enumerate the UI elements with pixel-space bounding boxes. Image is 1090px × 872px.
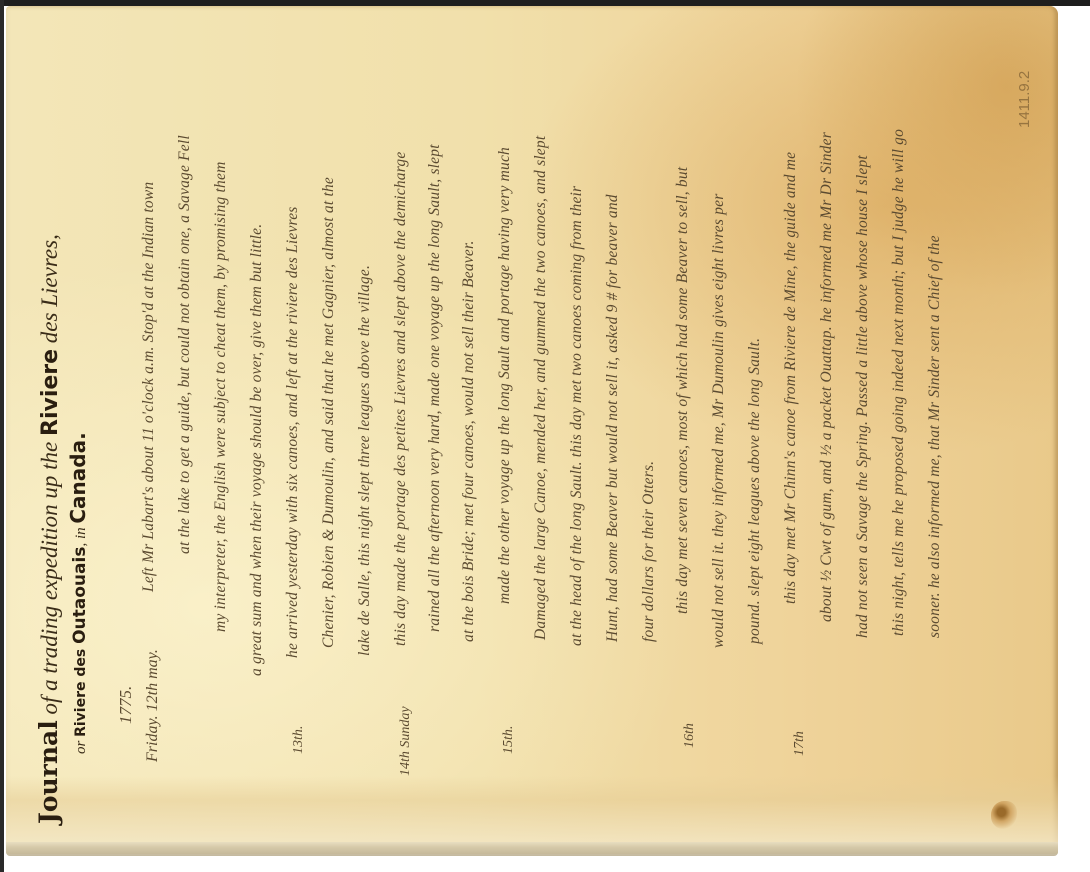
entry-line: about ½ Cwt of gum, and ½ a packet Ouatt… (818, 132, 836, 622)
entry-line: at the bois Bride; met four canoes, woul… (460, 240, 478, 642)
entry-line: four dollars for their Otters. (640, 461, 658, 642)
entry-line: a great sum and when their voyage should… (248, 224, 266, 676)
entry-line: at the head of the long Sault. this day … (568, 186, 586, 646)
entry-line: Damaged the large Canoe, mended her, and… (532, 136, 550, 640)
entry-line: my interpreter, the English were subject… (212, 162, 230, 632)
entry-line: lake de Salle, this night slept three le… (356, 265, 374, 656)
entry-line: Hunt, had some Beaver but would not sell… (604, 194, 622, 642)
entry-line: had not seen a Savage the Spring. Passed… (854, 155, 872, 638)
subtitle-end: . (66, 432, 90, 440)
page-bottom-edge (6, 842, 1058, 856)
entry-line: would not sell it. they informed me, Mr … (710, 194, 728, 648)
entry-date: 17th (792, 731, 808, 756)
entry-line: Chenier, Robien & Dumoulin, and said tha… (320, 177, 338, 648)
entry-line: Left Mr Labart's about 11 o'clock a.m. S… (140, 182, 158, 592)
archive-number: 1411.9.2 (1016, 71, 1033, 128)
entry-line: made the other voyage up the long Sault … (496, 147, 514, 604)
entry-date: Friday. 12th may. (144, 649, 162, 762)
entry-line: pound. slept eight leagues above the lon… (746, 338, 764, 644)
entry-line: this night, tells me he proposed going i… (890, 129, 908, 636)
page-subtitle: or Riviere des Outaouais, in Canada. (66, 432, 90, 754)
entry-date: 15th. (501, 726, 517, 754)
entry-year: 1775. (116, 686, 136, 724)
entry-line: this day met seven canoes, most of which… (674, 167, 692, 614)
entry-line: sooner. he also informed me, that Mr Sin… (926, 235, 944, 638)
title-journal: Journal (34, 720, 63, 824)
title-text: of a trading expedition up the (37, 436, 62, 720)
entry-date: 14th Sunday (398, 706, 414, 776)
subtitle-canada: Canada (66, 440, 90, 524)
entry-line: this day made the portage des petites Li… (392, 152, 410, 646)
subtitle-in: , in (73, 524, 89, 547)
entry-date: 16th (682, 723, 698, 748)
page-title: Journal of a trading expedition up the R… (34, 234, 63, 824)
entry-line: at the lake to get a guide, but could no… (176, 135, 194, 554)
subtitle-riviere: Riviere des (73, 644, 89, 737)
scanner-left-border (0, 0, 4, 872)
entry-line: this day met Mr Chinn's canoe from Rivie… (782, 152, 800, 604)
title-text-2: des Lievres, (37, 234, 62, 349)
manuscript-page: Journal of a trading expedition up the R… (6, 6, 1058, 854)
subtitle-prefix: or (73, 737, 89, 754)
subtitle-outaouais: Outaouais (70, 547, 90, 644)
entry-line: he arrived yesterday with six canoes, an… (284, 206, 302, 658)
entry-date: 13th. (291, 726, 307, 754)
title-riviere: Riviere (38, 349, 63, 436)
entry-line: rained all the afternoon very hard, made… (426, 144, 444, 632)
rotated-page-content: Journal of a trading expedition up the R… (6, 6, 1058, 854)
